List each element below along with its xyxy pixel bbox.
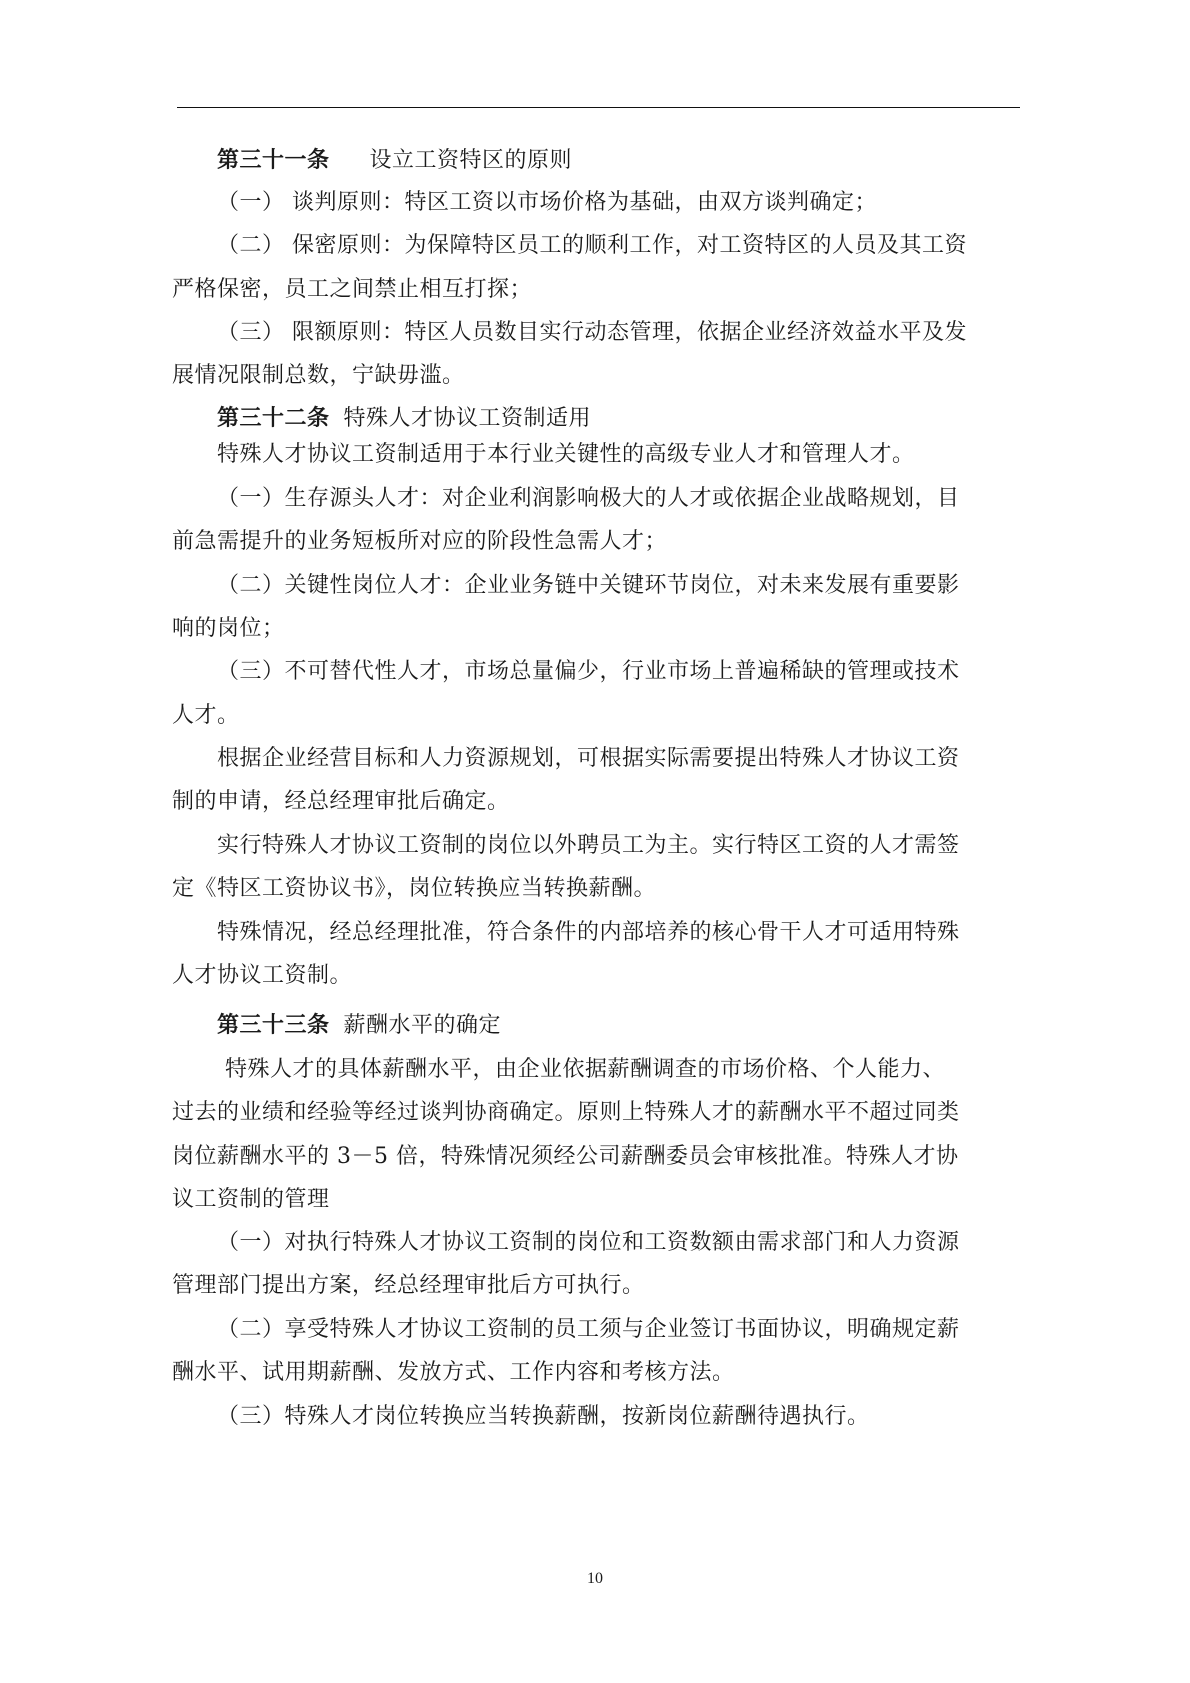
article-33-heading: 第三十三条薪酬水平的确定 [217,1011,501,1041]
paragraph-line: 岗位薪酬水平的 3－5 倍，特殊情况须经公司薪酬委员会审核批准。特殊人才协 [172,1142,958,1172]
paragraph-line: 定《特区工资协议书》，岗位转换应当转换薪酬。 [172,874,656,904]
paragraph-line: 人才协议工资制。 [172,961,352,991]
article-label: 第三十二条 [217,406,330,431]
paragraph-line: 过去的业绩和经验等经过谈判协商确定。原则上特殊人才的薪酬水平不超过同类 [172,1098,960,1128]
paragraph-line: （一） 谈判原则：特区工资以市场价格为基础，由双方谈判确定； [217,188,877,218]
paragraph-line: 议工资制的管理 [172,1185,330,1215]
header-rule [177,107,1020,108]
paragraph-line: 响的岗位； [172,614,285,644]
paragraph-line: 实行特殊人才协议工资制的岗位以外聘员工为主。实行特区工资的人才需签 [217,831,960,861]
paragraph-line: 前急需提升的业务短板所对应的阶段性急需人才； [172,527,667,557]
page-number: 10 [0,1570,1190,1588]
paragraph-line: （三）特殊人才岗位转换应当转换薪酬，按新岗位薪酬待遇执行。 [217,1402,870,1432]
paragraph-line: 特殊情况，经总经理批准，符合条件的内部培养的核心骨干人才可适用特殊 [217,918,960,948]
article-title: 设立工资特区的原则 [370,148,573,173]
paragraph-line: 特殊人才的具体薪酬水平，由企业依据薪酬调查的市场价格、个人能力、 [225,1055,945,1085]
paragraph-line: 特殊人才协议工资制适用于本行业关键性的高级专业人才和管理人才。 [217,440,915,470]
article-label: 第三十一条 [217,148,330,173]
paragraph-line: 制的申请，经总经理审批后确定。 [172,787,510,817]
paragraph-line: （一）对执行特殊人才协议工资制的岗位和工资数额由需求部门和人力资源 [217,1228,960,1258]
paragraph-line: 酬水平、试用期薪酬、发放方式、工作内容和考核方法。 [172,1358,735,1388]
article-title: 特殊人才协议工资制适用 [344,406,592,431]
paragraph-line: 严格保密，员工之间禁止相互打探； [172,275,532,305]
paragraph-line: （二）关键性岗位人才：企业业务链中关键环节岗位，对未来发展有重要影 [217,571,960,601]
paragraph-line: 根据企业经营目标和人力资源规划，可根据实际需要提出特殊人才协议工资 [217,744,960,774]
article-31-heading: 第三十一条设立工资特区的原则 [217,146,572,176]
article-label: 第三十三条 [217,1013,330,1038]
paragraph-line: 管理部门提出方案，经总经理审批后方可执行。 [172,1271,645,1301]
paragraph-line: （二） 保密原则：为保障特区员工的顺利工作，对工资特区的人员及其工资 [217,231,967,261]
paragraph-line: 人才。 [172,701,240,731]
paragraph-line: （二）享受特殊人才协议工资制的员工须与企业签订书面协议，明确规定薪 [217,1315,960,1345]
paragraph-line: （一）生存源头人才：对企业利润影响极大的人才或依据企业战略规划，目 [217,484,960,514]
article-title: 薪酬水平的确定 [344,1013,502,1038]
article-32-heading: 第三十二条特殊人才协议工资制适用 [217,404,591,434]
paragraph-line: 展情况限制总数，宁缺毋滥。 [172,361,465,391]
paragraph-line: （三）不可替代性人才，市场总量偏少，行业市场上普遍稀缺的管理或技术 [217,657,960,687]
paragraph-line: （三） 限额原则：特区人员数目实行动态管理，依据企业经济效益水平及发 [217,318,967,348]
